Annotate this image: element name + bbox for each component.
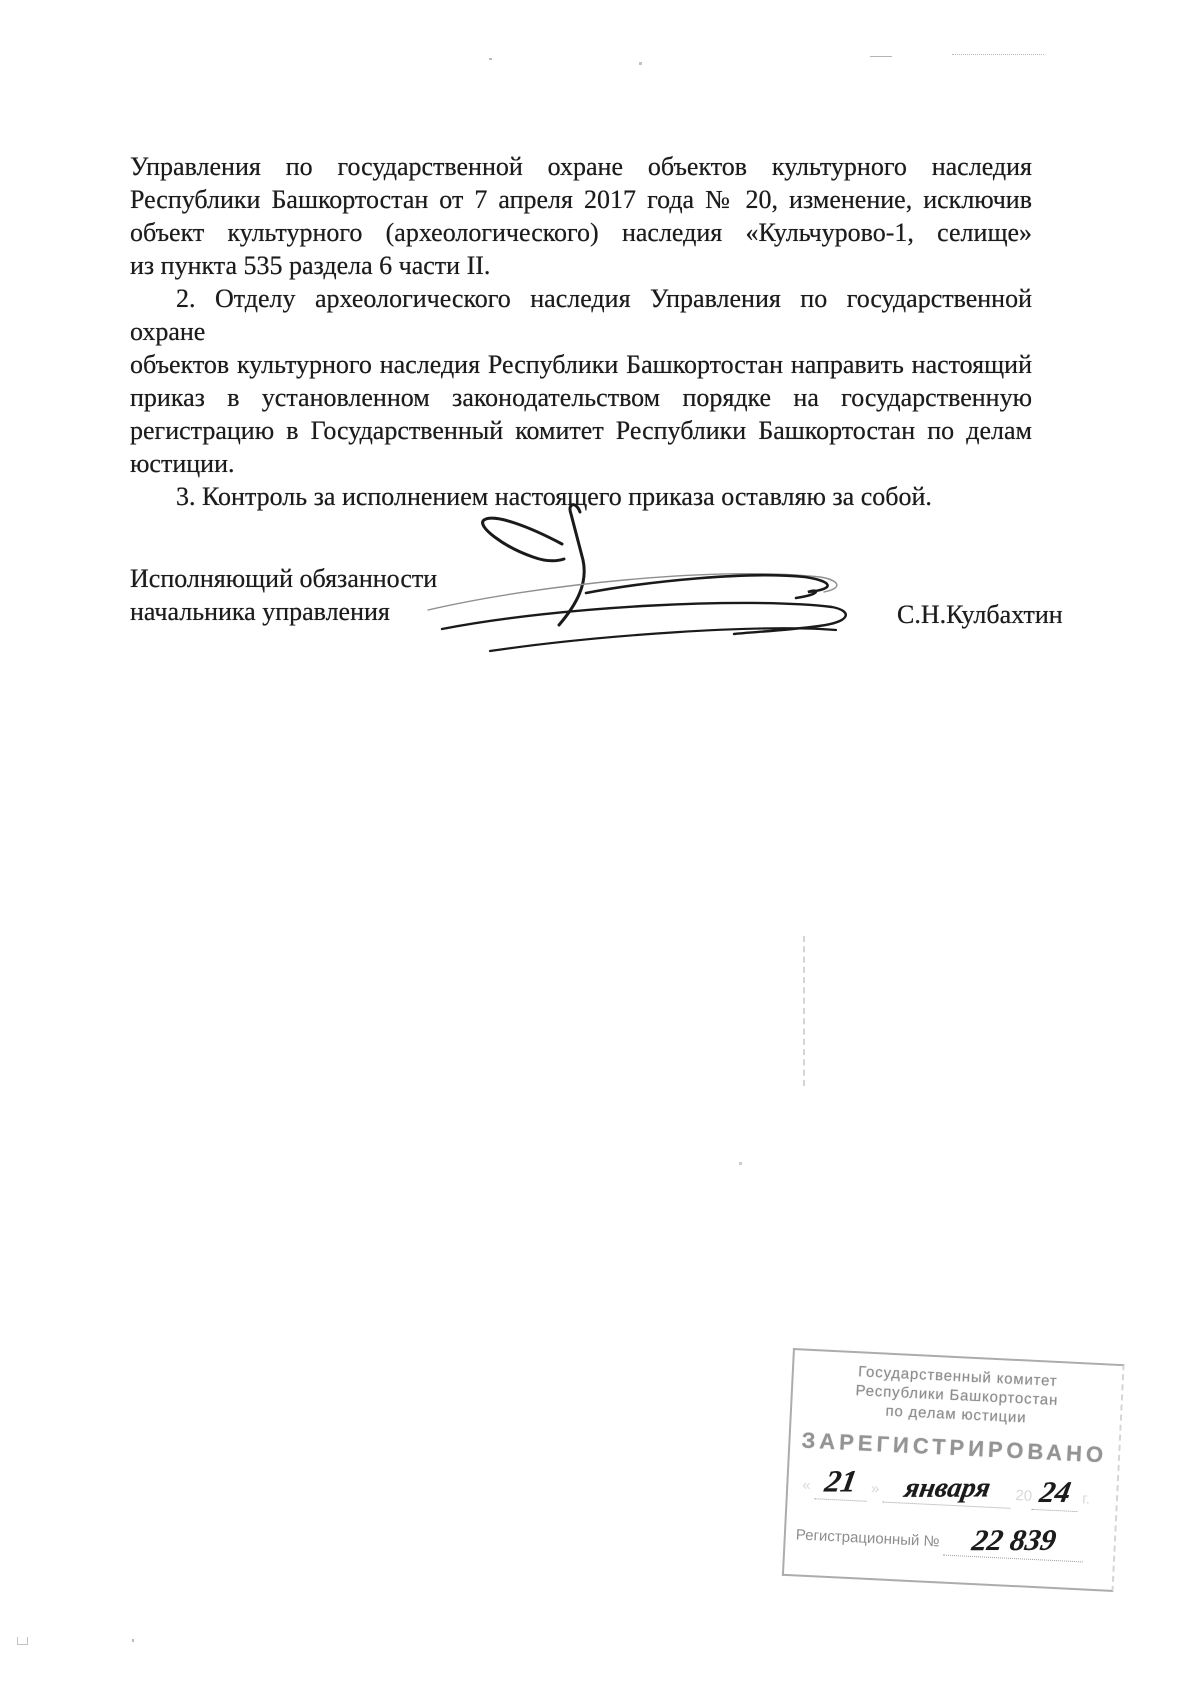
order-body-text: Управления по государственной охране объ…	[130, 150, 1032, 513]
scan-artifact	[952, 54, 1044, 55]
stamp-date-day-underline: 21	[814, 1462, 868, 1501]
stamp-year-suffix: г.	[1082, 1490, 1091, 1507]
scan-artifact	[489, 58, 492, 60]
handwritten-reg-number: 22 839	[969, 1524, 1058, 1558]
body-line: приказ в установленном законодательством…	[130, 381, 1032, 414]
handwritten-signature	[420, 498, 850, 658]
stamp-date-year-underline: 24	[1031, 1475, 1079, 1512]
body-line: регистрацию в Государственный комитет Ре…	[130, 414, 1032, 447]
stamp-date-month-underline: января	[883, 1470, 1012, 1509]
body-line-item-2: 2. Отделу археологического наследия Упра…	[130, 282, 1032, 348]
scan-artifact-vertical-line	[803, 936, 805, 1086]
signer-name: С.Н.Кулбахтин	[897, 598, 1063, 631]
scanned-document-page: Управления по государственной охране объ…	[0, 0, 1200, 1697]
handwritten-year: 24	[1037, 1476, 1073, 1510]
body-line: Республики Башкортостан от 7 апреля 2017…	[130, 183, 1032, 216]
scan-artifact	[870, 56, 892, 57]
body-line: объект культурного (археологического) на…	[130, 216, 1032, 249]
stamp-reg-label: Регистрационный №	[795, 1526, 940, 1550]
quote-close: »	[871, 1480, 880, 1497]
stamp-year-prefix: 20	[1015, 1487, 1032, 1505]
stamp-reg-number-underline: 22 839	[943, 1521, 1085, 1563]
scan-artifact	[132, 1639, 134, 1642]
scan-artifact	[739, 1162, 742, 1165]
handwritten-day: 21	[822, 1464, 859, 1500]
quote-open: «	[802, 1477, 811, 1494]
signer-position-line1: Исполняющий обязанности	[130, 562, 437, 595]
handwritten-month: января	[902, 1473, 993, 1505]
scan-artifact	[17, 1637, 28, 1645]
scan-artifact	[639, 62, 642, 65]
body-line: Управления по государственной охране объ…	[130, 150, 1032, 183]
stamp-organization: Государственный комитет Республики Башко…	[792, 1359, 1122, 1432]
registration-stamp: Государственный комитет Республики Башко…	[782, 1348, 1125, 1592]
body-line: объектов культурного наследия Республики…	[130, 348, 1032, 381]
signer-position-line2: начальника управления	[130, 595, 437, 628]
body-line: из пункта 535 раздела 6 части II.	[130, 249, 1032, 282]
body-line: юстиции.	[130, 447, 1032, 480]
signer-position: Исполняющий обязанности начальника управ…	[130, 562, 437, 628]
